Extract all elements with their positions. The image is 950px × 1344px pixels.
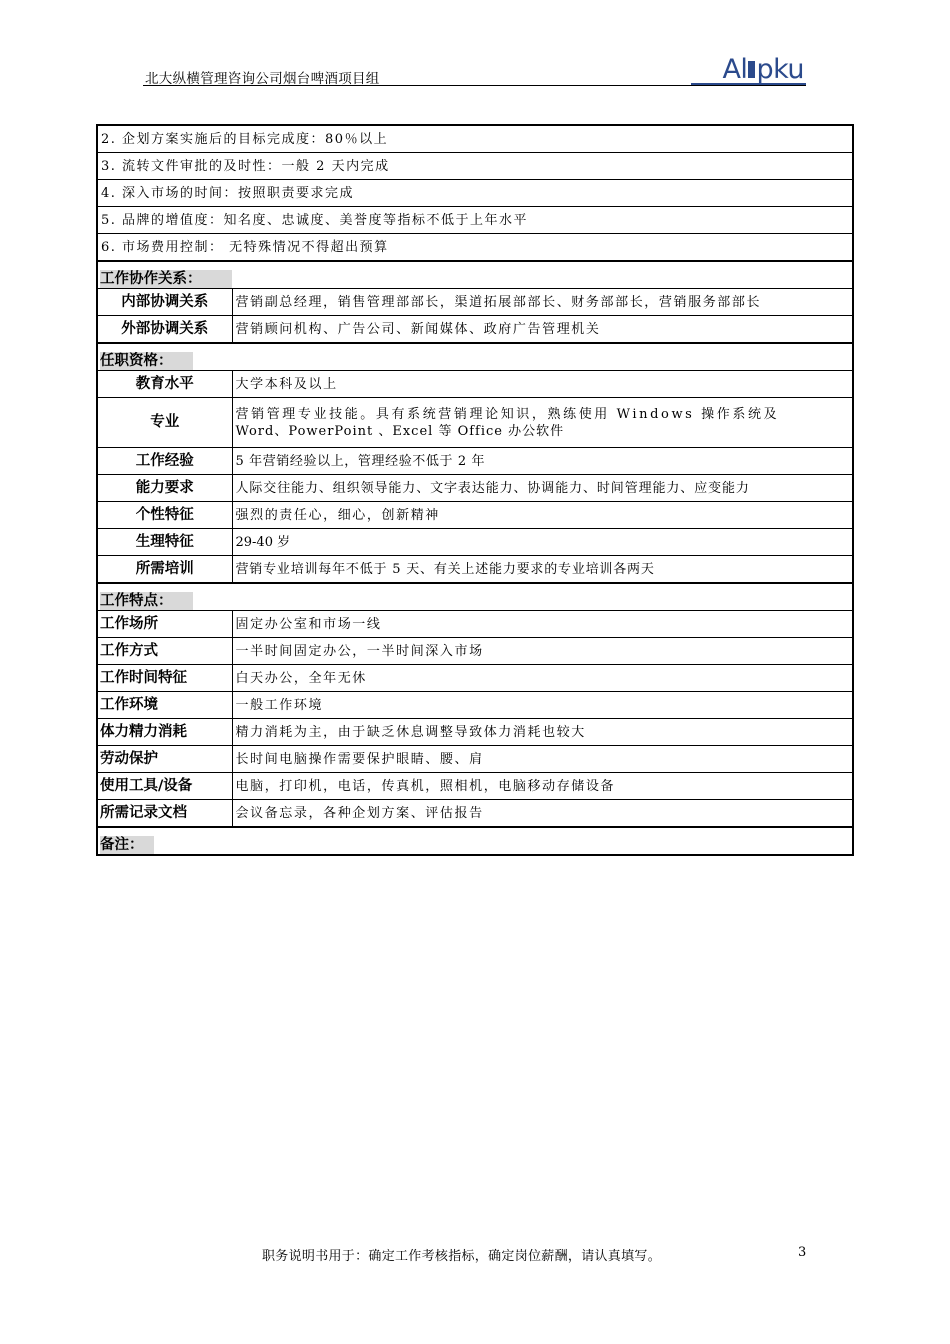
table-row: 工作时间特征白天办公，全年无休 bbox=[97, 665, 853, 692]
row-label: 工作场所 bbox=[97, 611, 232, 638]
row-label: 工作时间特征 bbox=[97, 665, 232, 692]
row-value: 电脑，打印机，电话，传真机，照相机，电脑移动存储设备 bbox=[232, 773, 853, 800]
row-value: 29-40 岁 bbox=[232, 529, 853, 556]
row-value: 白天办公，全年无休 bbox=[232, 665, 853, 692]
row-label: 个性特征 bbox=[97, 502, 232, 529]
table-row: 外部协调关系营销顾问机构、广告公司、新闻媒体、政府广告管理机关 bbox=[97, 316, 853, 344]
section-collaboration: 工作协作关系： bbox=[97, 261, 853, 289]
row-label: 生理特征 bbox=[97, 529, 232, 556]
row-label: 能力要求 bbox=[97, 475, 232, 502]
row-label: 体力精力消耗 bbox=[97, 719, 232, 746]
row-value: 营销管理专业技能。具有系统营销理论知识，熟练使用 Windows 操作系统及Wo… bbox=[232, 398, 853, 448]
row-label: 工作经验 bbox=[97, 448, 232, 475]
row-value: 一般工作环境 bbox=[232, 692, 853, 719]
performance-item-text: 3. 流转文件审批的及时性：一般 2 天内完成 bbox=[97, 153, 853, 180]
pku-logo: Alpku bbox=[722, 54, 804, 85]
logo-bar-icon bbox=[748, 61, 755, 78]
row-label: 使用工具/设备 bbox=[97, 773, 232, 800]
row-value: 长时间电脑操作需要保护眼睛、腰、肩 bbox=[232, 746, 853, 773]
table-row: 个性特征强烈的责任心，细心，创新精神 bbox=[97, 502, 853, 529]
row-value-line1: 营销管理专业技能。具有系统营销理论知识，熟练使用 Windows 操作系统及 bbox=[236, 406, 850, 423]
job-description-table: 2. 企划方案实施后的目标完成度：80％以上 3. 流转文件审批的及时性：一般 … bbox=[96, 124, 854, 856]
row-value: 一半时间固定办公，一半时间深入市场 bbox=[232, 638, 853, 665]
row-value: 会议备忘录，各种企划方案、评估报告 bbox=[232, 800, 853, 828]
performance-item: 3. 流转文件审批的及时性：一般 2 天内完成 bbox=[97, 153, 853, 180]
row-label: 所需培训 bbox=[97, 556, 232, 584]
section-label: 备注： bbox=[100, 836, 154, 854]
table-row: 内部协调关系营销副总经理，销售管理部部长，渠道拓展部部长、财务部部长，营销服务部… bbox=[97, 289, 853, 316]
table-row: 工作经验5 年营销经验以上，管理经验不低于 2 年 bbox=[97, 448, 853, 475]
table-row: 工作方式一半时间固定办公，一半时间深入市场 bbox=[97, 638, 853, 665]
performance-item-text: 5. 品牌的增值度：知名度、忠诚度、美誉度等指标不低于上年水平 bbox=[97, 207, 853, 234]
row-value: 固定办公室和市场一线 bbox=[232, 611, 853, 638]
section-remarks: 备注： bbox=[97, 827, 853, 855]
header-rule bbox=[143, 85, 806, 86]
row-label: 劳动保护 bbox=[97, 746, 232, 773]
table-row: 能力要求人际交往能力、组织领导能力、文字表达能力、协调能力、时间管理能力、应变能… bbox=[97, 475, 853, 502]
table-row: 教育水平大学本科及以上 bbox=[97, 371, 853, 398]
performance-item-text: 6. 市场费用控制： 无特殊情况不得超出预算 bbox=[97, 234, 853, 262]
row-label: 外部协调关系 bbox=[97, 316, 232, 344]
table-row: 体力精力消耗精力消耗为主，由于缺乏休息调整导致体力消耗也较大 bbox=[97, 719, 853, 746]
section-label: 任职资格： bbox=[100, 352, 193, 370]
performance-item: 5. 品牌的增值度：知名度、忠诚度、美誉度等指标不低于上年水平 bbox=[97, 207, 853, 234]
row-label: 工作环境 bbox=[97, 692, 232, 719]
row-value: 营销副总经理，销售管理部部长，渠道拓展部部长、财务部部长，营销服务部部长 bbox=[232, 289, 853, 316]
table-row: 使用工具/设备电脑，打印机，电话，传真机，照相机，电脑移动存储设备 bbox=[97, 773, 853, 800]
row-label: 内部协调关系 bbox=[97, 289, 232, 316]
section-label: 工作协作关系： bbox=[100, 270, 232, 288]
row-label: 教育水平 bbox=[97, 371, 232, 398]
logo-text-right: pku bbox=[756, 54, 804, 85]
page-header: 北大纵横管理咨询公司烟台啤酒项目组 Alpku bbox=[143, 62, 806, 86]
section-label: 工作特点： bbox=[100, 592, 193, 610]
performance-item-text: 4. 深入市场的时间：按照职责要求完成 bbox=[97, 180, 853, 207]
performance-item: 4. 深入市场的时间：按照职责要求完成 bbox=[97, 180, 853, 207]
row-value-line2: Word、PowerPoint 、Excel 等 Office 办公软件 bbox=[236, 423, 850, 440]
table-row: 劳动保护长时间电脑操作需要保护眼睛、腰、肩 bbox=[97, 746, 853, 773]
row-value: 营销专业培训每年不低于 5 天、有关上述能力要求的专业培训各两天 bbox=[232, 556, 853, 584]
logo-text-left: Al bbox=[722, 54, 747, 85]
table-row: 生理特征29-40 岁 bbox=[97, 529, 853, 556]
table-row: 所需记录文档会议备忘录，各种企划方案、评估报告 bbox=[97, 800, 853, 828]
section-qualifications: 任职资格： bbox=[97, 343, 853, 371]
performance-item-text: 2. 企划方案实施后的目标完成度：80％以上 bbox=[97, 125, 853, 153]
table-row: 所需培训营销专业培训每年不低于 5 天、有关上述能力要求的专业培训各两天 bbox=[97, 556, 853, 584]
table-row: 专业营销管理专业技能。具有系统营销理论知识，熟练使用 Windows 操作系统及… bbox=[97, 398, 853, 448]
performance-item: 6. 市场费用控制： 无特殊情况不得超出预算 bbox=[97, 234, 853, 262]
row-value: 营销顾问机构、广告公司、新闻媒体、政府广告管理机关 bbox=[232, 316, 853, 344]
performance-item: 2. 企划方案实施后的目标完成度：80％以上 bbox=[97, 125, 853, 153]
table-row: 工作场所固定办公室和市场一线 bbox=[97, 611, 853, 638]
table-row: 工作环境一般工作环境 bbox=[97, 692, 853, 719]
page-footer: 职务说明书用于：确定工作考核指标，确定岗位薪酬，请认真填写。 bbox=[262, 1245, 661, 1264]
header-title: 北大纵横管理咨询公司烟台啤酒项目组 bbox=[145, 67, 380, 87]
row-label: 专业 bbox=[97, 398, 232, 448]
page-number: 3 bbox=[798, 1245, 806, 1260]
row-label: 工作方式 bbox=[97, 638, 232, 665]
row-value: 强烈的责任心，细心，创新精神 bbox=[232, 502, 853, 529]
row-value: 大学本科及以上 bbox=[232, 371, 853, 398]
row-value: 人际交往能力、组织领导能力、文字表达能力、协调能力、时间管理能力、应变能力 bbox=[232, 475, 853, 502]
section-work-features: 工作特点： bbox=[97, 583, 853, 611]
row-value: 精力消耗为主，由于缺乏休息调整导致体力消耗也较大 bbox=[232, 719, 853, 746]
row-value: 5 年营销经验以上，管理经验不低于 2 年 bbox=[232, 448, 853, 475]
row-label: 所需记录文档 bbox=[97, 800, 232, 828]
